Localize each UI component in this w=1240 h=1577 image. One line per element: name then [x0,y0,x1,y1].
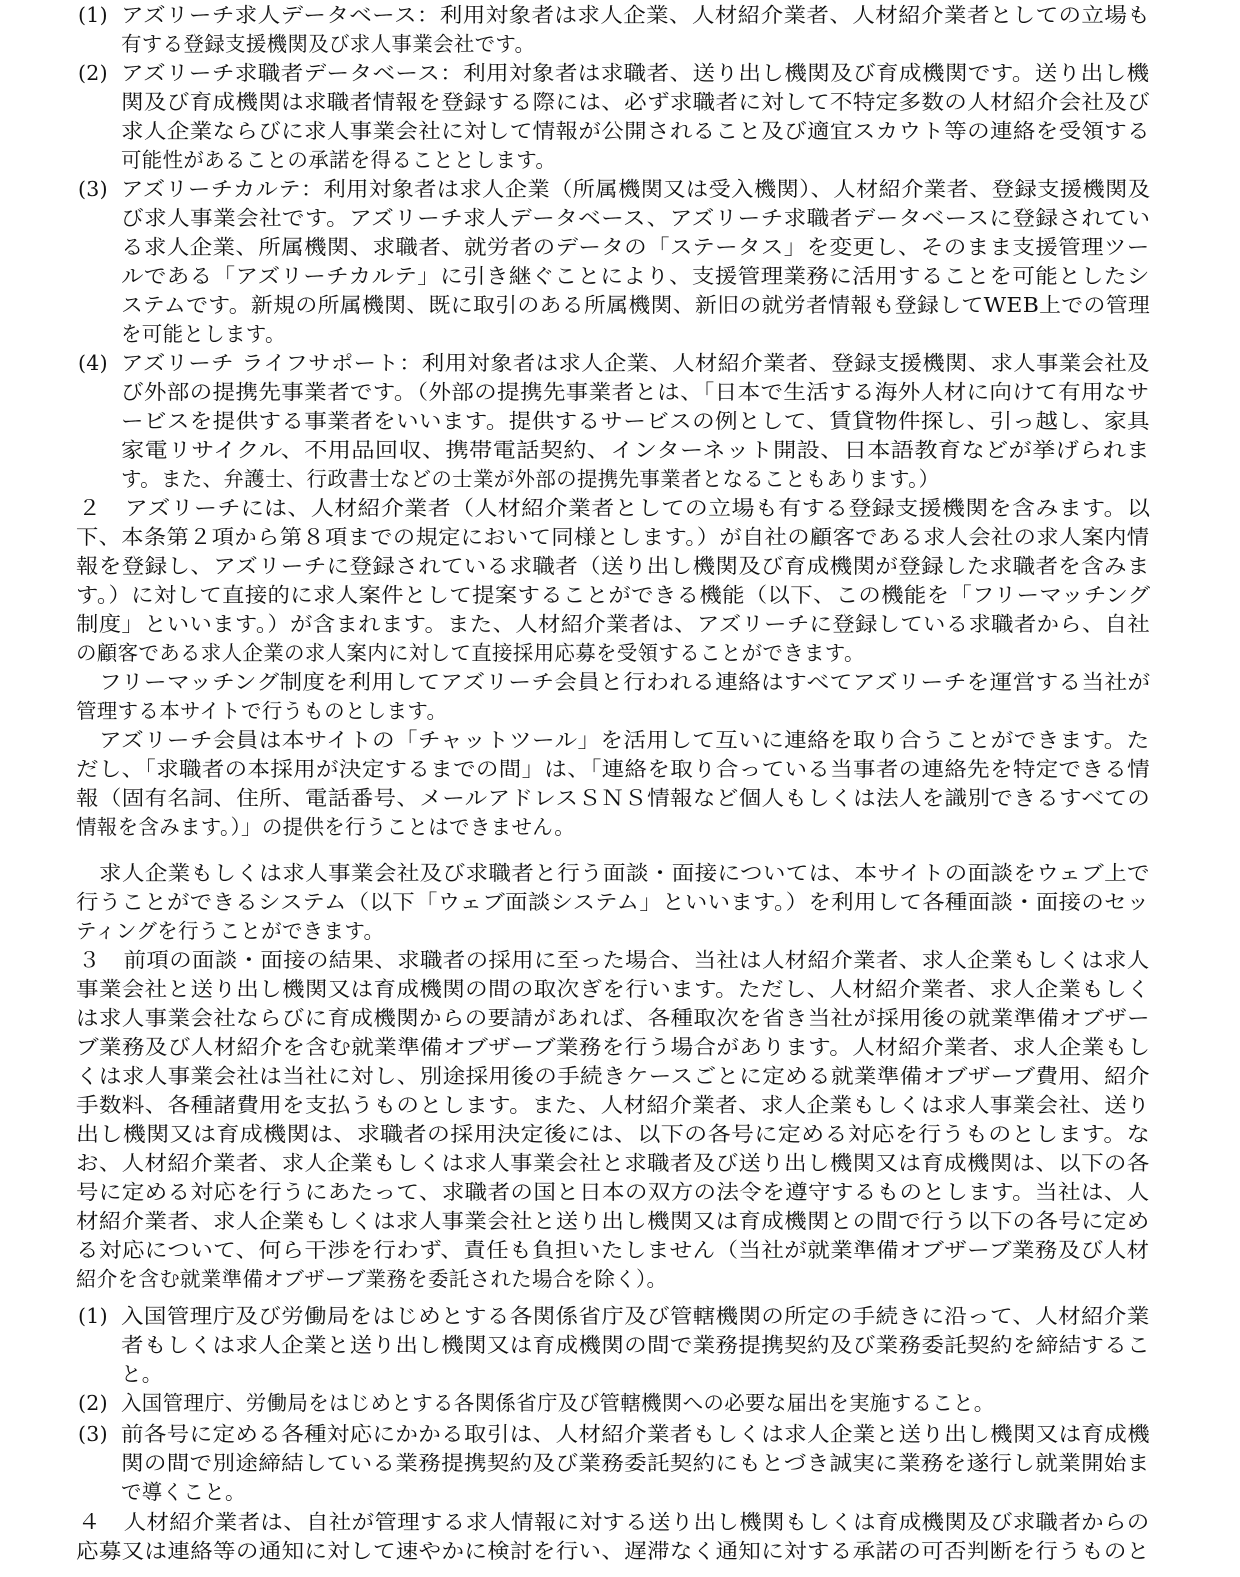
item-number: (3) [78,1420,108,1449]
paragraph-text: 応募又は連絡等の通知に対して速やかに検討を行い、遅滞なく通知に対する承諾の可否判… [76,1537,1150,1566]
paragraph-text: だし、「求職者の本採用が決定するまでの間」は、「連絡を取り合っている当事者の連絡… [76,755,1150,784]
paragraph-text: る対応について、何ら干渉を行わず、責任も負担いたしません（当社が就業準備オブザー… [76,1236,1149,1265]
paragraph-text: ティングを行うことができます。 [76,917,384,946]
item-text: 関及び育成機関は求職者情報を登録する際には、必ず求職者に対して不特定多数の人材紹… [121,88,1150,117]
item-number: (3) [78,175,108,204]
item-text: す。また、弁護士、行政書士などの士業が外部の提携先事業者となることもあります。） [121,465,939,494]
document-page: (1) アズリーチ求人データベース：利用対象者は求人企業、人材紹介業者、人材紹介… [0,0,1240,1577]
paragraph-text: ３ 前項の面談・面接の結果、求職者の採用に至った場合、当社は人材紹介業者、求人企… [78,946,1150,975]
item-text: 者もしくは求人企業と送り出し機関又は育成機関の間で業務提携契約及び業務委託契約を… [121,1331,1150,1360]
paragraph-text: 報（固有名詞、住所、電話番号、メールアドレスＳＮＳ情報など個人もしくは法人を識別… [76,784,1150,813]
paragraph-text: 紹介を含む就業準備オブザーブ業務を委託された場合を除く）。 [76,1265,667,1294]
paragraph-text: 報を登録し、アズリーチに登録されている求職者（送り出し機関及び育成機関が登録した… [76,552,1150,581]
item-text: 有する登録支援機関及び求人事業会社です。 [121,30,535,59]
paragraph-text: す。）に対して直接的に求人案件として提案することができる機能（以下、この機能を「… [76,581,1151,610]
item-text: ルである「アズリーチカルテ」に引き継ぐことにより、支援管理業務に活用することを可… [121,262,1150,291]
paragraph-text: フリーマッチング制度を利用してアズリーチ会員と行われる連絡はすべてアズリーチを運… [76,668,1150,697]
item-number: (1) [78,1,108,30]
paragraph-text: 事業会社と送り出し機関又は育成機関の間の取次ぎを行います。ただし、人材紹介業者、… [76,975,1150,1004]
item-text: 前各号に定める各種対応にかかる取引は、人材紹介業者もしくは求人企業と送り出し機関… [121,1420,1150,1449]
paragraph-text: 下、本条第２項から第８項までの規定において同様とします。）が自社の顧客である求人… [76,523,1149,552]
item-text: アズリーチカルテ：利用対象者は求人企業（所属機関又は受入機関）、人材紹介業者、登… [121,175,1150,204]
item-text: 入国管理庁、労働局をはじめとする各関係省庁及び管轄機関への必要な届出を実施するこ… [121,1389,995,1418]
item-text: び外部の提携先事業者です。（外部の提携先事業者とは、「日本で生活する海外人材に向… [121,378,1150,407]
item-text: 可能性があることの承諾を得ることとします。 [121,146,556,175]
item-number: (2) [78,59,108,88]
item-text: 関の間で別途締結している業務提携契約及び業務委託契約にもとづき誠実に業務を遂行し… [121,1449,1150,1478]
item-number: (1) [78,1302,108,1331]
paragraph-text: お、人材紹介業者、求人企業もしくは求人事業会社と求職者及び送り出し機関又は育成機… [76,1149,1150,1178]
item-text: アズリーチ求人データベース：利用対象者は求人企業、人材紹介業者、人材紹介業者とし… [121,1,1150,30]
paragraph-text: 手数料、各種諸費用を支払うものとします。また、人材紹介業者、求人企業もしくは求人… [76,1091,1150,1120]
paragraph-text: 材紹介業者、求人企業もしくは求人事業会社と送り出し機関又は育成機関との間で行う以… [76,1207,1150,1236]
item-number: (2) [78,1389,108,1418]
item-text: アズリーチ求職者データベース：利用対象者は求職者、送り出し機関及び育成機関です。… [121,59,1149,88]
item-text: と。 [121,1360,163,1389]
item-text: 入国管理庁及び労働局をはじめとする各関係省庁及び管轄機関の所定の手続きに沿って、… [121,1302,1150,1331]
item-text: 求人企業ならびに求人事業会社に対して情報が公開されること及び適宜スカウト等の連絡… [121,117,1150,146]
paragraph-text: 出し機関又は育成機関は、求職者の採用決定後には、以下の各号に定める対応を行うもの… [76,1120,1150,1149]
item-text: で導くこと。 [121,1478,246,1507]
paragraph-text: くは求人事業会社は当社に対し、別途採用後の手続きケースごとに定める就業準備オブザ… [76,1062,1150,1091]
paragraph-text: アズリーチ会員は本サイトの「チャットツール」を活用して互いに連絡を取り合うことが… [76,726,1150,755]
item-text: ービスを提供する事業者をいいます。提供するサービスの例として、賃貸物件探し、引っ… [121,407,1150,436]
paragraph-text: 号に定める対応を行うにあたって、求職者の国と日本の双方の法令を遵守するものとしま… [76,1178,1149,1207]
item-text: る求人企業、所属機関、求職者、就労者のデータの「ステータス」を変更し、そのまま支… [121,233,1150,262]
item-text: 家電リサイクル、不用品回収、携帯電話契約、インターネット開設、日本語教育などが挙… [121,436,1150,465]
paragraph-text: ブ業務及び人材紹介を含む就業準備オブザーブ業務を行う場合があります。人材紹介業者… [76,1033,1150,1062]
paragraph-text: 求人企業もしくは求人事業会社及び求職者と行う面談・面接については、本サイトの面談… [76,859,1150,888]
item-number: (4) [78,349,108,378]
paragraph-text: は求人事業会社ならびに育成機関からの要請があれば、各種取次を省き当社が採用後の就… [76,1004,1150,1033]
paragraph-text: の顧客である求人企業の求人案内に対して直接採用応募を受領することができます。 [76,639,865,668]
item-text: ステムです。新規の所属機関、既に取引のある所属機関、新旧の就労者情報も登録してW… [121,291,1150,320]
paragraph-text: 行うことができるシステム（以下「ウェブ面談システム」といいます。）を利用して各種… [76,888,1150,917]
paragraph-text: ４ 人材紹介業者は、自社が管理する求人情報に対する送り出し機関もしくは育成機関及… [78,1508,1150,1537]
paragraph-text: 情報を含みます。）」の提供を行うことはできません。 [76,813,575,842]
item-text: び求人事業会社です。アズリーチ求人データベース、アズリーチ求職者データベースに登… [121,204,1150,233]
paragraph-text: ２ アズリーチには、人材紹介業者（人材紹介業者としての立場も有する登録支援機関を… [78,494,1150,523]
paragraph-text: 制度」といいます。）が含まれます。また、人材紹介業者は、アズリーチに登録している… [76,610,1150,639]
paragraph-text: 管理する本サイトで行うものとします。 [76,697,447,726]
item-text: を可能とします。 [121,320,286,349]
item-text: アズリーチ ライフサポート：利用対象者は求人企業、人材紹介業者、登録支援機関、求… [121,349,1150,378]
